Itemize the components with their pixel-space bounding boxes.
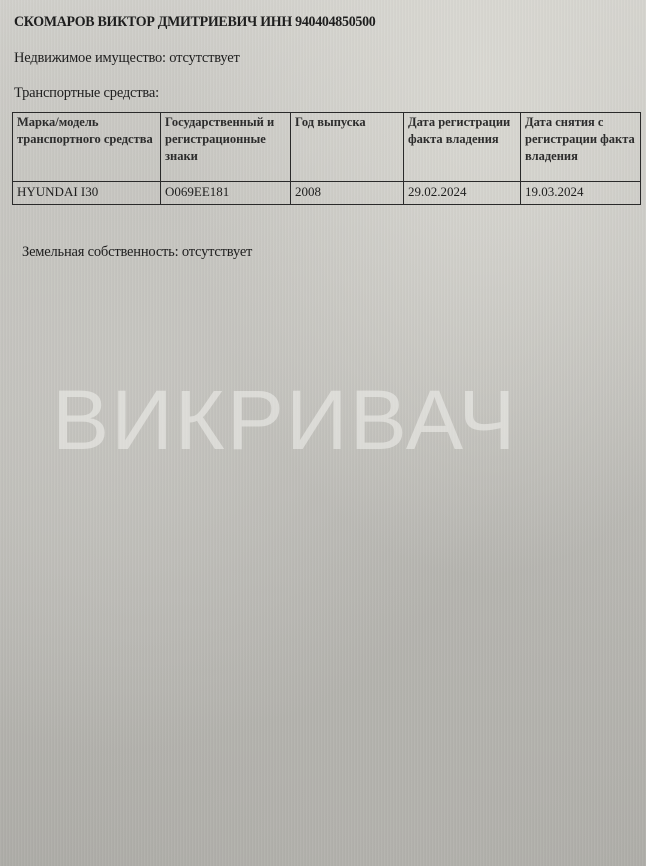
cell-year: 2008 xyxy=(291,182,404,205)
header-plate: Государственный и регистрационные знаки xyxy=(161,113,291,182)
cell-plate: О069ЕЕ181 xyxy=(161,182,291,205)
table-row: HYUNDAI I30 О069ЕЕ181 2008 29.02.2024 19… xyxy=(13,182,641,205)
person-heading: СКОМАРОВ ВИКТОР ДМИТРИЕВИЧ ИНН 940404850… xyxy=(14,14,375,31)
land-status: Земельная собственность: отсутствует xyxy=(22,244,252,261)
header-registration-date: Дата регистрации факта владения xyxy=(404,113,521,182)
vehicles-table: Марка/модель транспортного средства Госу… xyxy=(12,112,641,205)
header-deregistration-date: Дата снятия с регистрации факта владения xyxy=(521,113,641,182)
cell-deregistration-date: 19.03.2024 xyxy=(521,182,641,205)
header-year: Год выпуска xyxy=(291,113,404,182)
cell-make-model: HYUNDAI I30 xyxy=(13,182,161,205)
table-header-row: Марка/модель транспортного средства Госу… xyxy=(13,113,641,182)
watermark: ВИКРИВАЧ xyxy=(52,372,518,469)
vehicles-section-label: Транспортные средства: xyxy=(14,85,159,102)
header-make-model: Марка/модель транспортного средства xyxy=(13,113,161,182)
cell-registration-date: 29.02.2024 xyxy=(404,182,521,205)
realty-status: Недвижимое имущество: отсутствует xyxy=(14,50,240,67)
